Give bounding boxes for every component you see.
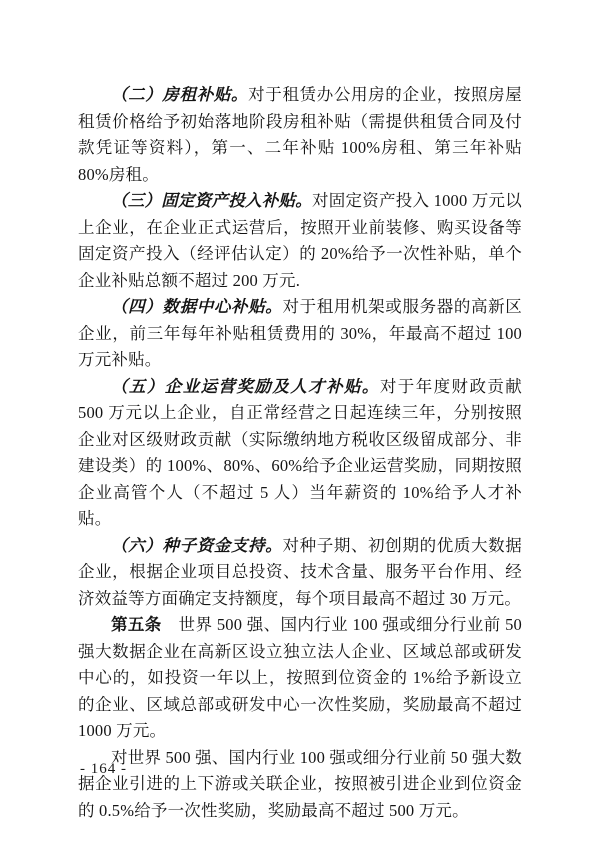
- paragraph-upstream-downstream-reward: 对世界 500 强、国内行业 100 强或细分行业前 50 强大数据企业引进的上…: [78, 745, 522, 825]
- paragraph-operation-talent-subsidy: （五）企业运营奖励及人才补贴。对于年度财政贡献 500 万元以上企业，自正常经营…: [78, 374, 522, 533]
- paragraph-lead: （二）房租补贴。: [111, 85, 248, 104]
- paragraph-article-five: 第五条 世界 500 强、国内行业 100 强或细分行业前 50 强大数据企业在…: [78, 612, 522, 745]
- paragraph-lead: 第五条: [111, 615, 162, 634]
- paragraph-lead: （四）数据中心补贴。: [111, 297, 282, 316]
- paragraph-rent-subsidy: （二）房租补贴。对于租赁办公用房的企业，按照房屋租赁价格给予初始落地阶段房租补贴…: [78, 82, 522, 188]
- paragraph-lead: （六）种子资金支持。: [111, 536, 282, 555]
- page-number: - 164 -: [80, 761, 127, 778]
- paragraph-lead: （三）固定资产投入补贴。: [111, 191, 312, 210]
- paragraph-lead: （五）企业运营奖励及人才补贴。: [111, 377, 380, 396]
- paragraph-text: 对世界 500 强、国内行业 100 强或细分行业前 50 强大数据企业引进的上…: [78, 748, 522, 820]
- paragraph-data-center-subsidy: （四）数据中心补贴。对于租用机架或服务器的高新区企业，前三年每年补贴租赁费用的 …: [78, 294, 522, 374]
- document-page: （二）房租补贴。对于租赁办公用房的企业，按照房屋租赁价格给予初始落地阶段房租补贴…: [0, 0, 600, 847]
- paragraph-text: 对于年度财政贡献 500 万元以上企业，自正常经营之日起连续三年，分别按照企业对…: [78, 377, 522, 529]
- paragraph-fixed-asset-subsidy: （三）固定资产投入补贴。对固定资产投入 1000 万元以上企业，在企业正式运营后…: [78, 188, 522, 294]
- paragraph-seed-fund-support: （六）种子资金支持。对种子期、初创期的优质大数据企业，根据企业项目总投资、技术含…: [78, 533, 522, 613]
- document-body: （二）房租补贴。对于租赁办公用房的企业，按照房屋租赁价格给予初始落地阶段房租补贴…: [78, 82, 522, 824]
